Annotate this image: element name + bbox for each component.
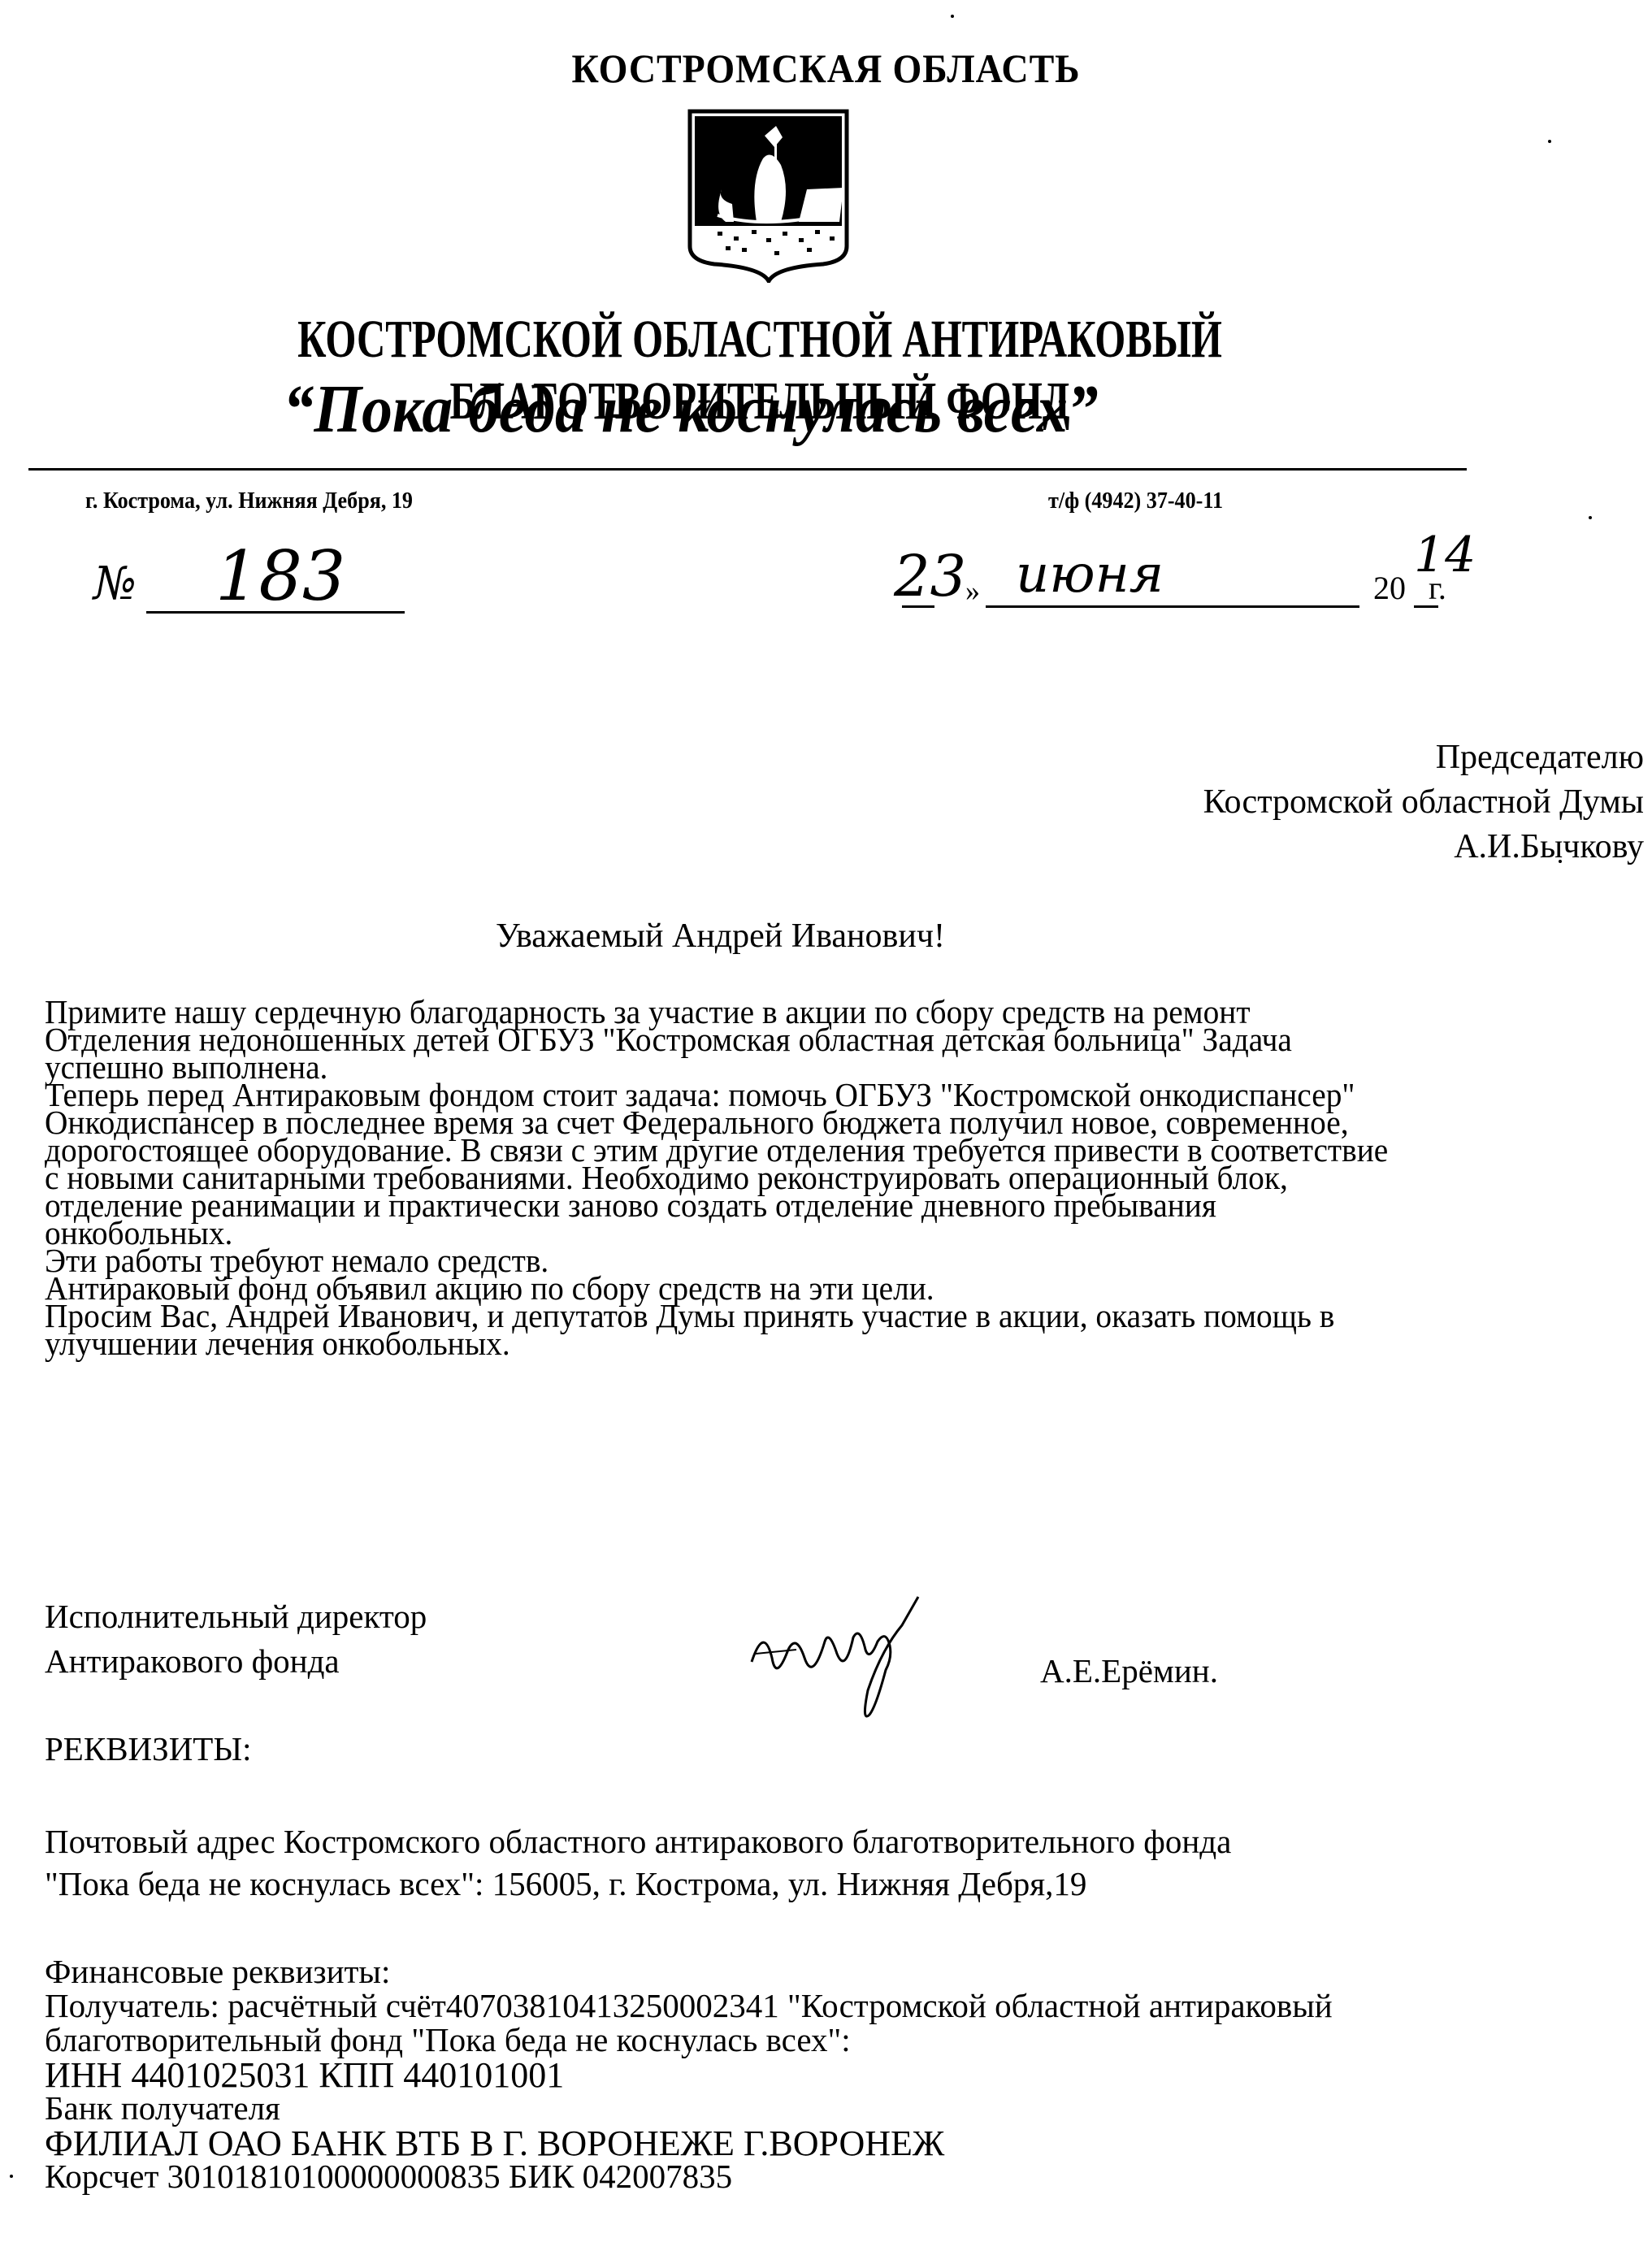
signer-title-line-1: Исполнительный директор — [45, 1594, 427, 1639]
coat-of-arms-icon — [685, 108, 852, 283]
letter-body: Примите нашу сердечную благодарность за … — [45, 998, 1652, 1357]
number-underline — [146, 611, 405, 614]
financial-requisites: Финансовые реквизиты: Получатель: расчёт… — [45, 1952, 1333, 2191]
scan-speck — [10, 2175, 13, 2178]
body-line: отделение реанимации и практически занов… — [45, 1191, 1589, 1219]
postal-address: Почтовый адрес Костромского областного а… — [45, 1820, 1231, 1905]
fund-motto: “Пока беда не коснулась всех” — [69, 370, 1312, 449]
recipient-line-2: благотворительный фонд "Пока беда не кос… — [45, 2020, 1333, 2054]
postal-line-1: Почтовый адрес Костромского областного а… — [45, 1820, 1231, 1863]
handwritten-signature-icon — [748, 1593, 1016, 1723]
letter-number: 183 — [215, 536, 345, 616]
bank-name: ФИЛИАЛ ОАО БАНК ВТБ В Г. ВОРОНЕЖЕ Г.ВОРО… — [45, 2123, 1333, 2157]
header-divider — [28, 468, 1467, 471]
corr-account: Корсчет 30101810100000000835 БИК 0420078… — [45, 2157, 1333, 2191]
signer-name: А.Е.Ерёмин. — [1040, 1651, 1218, 1690]
postal-line-2: "Пока беда не коснулась всех": 156005, г… — [45, 1863, 1231, 1905]
addressee-line-2: Костромской областной Думы — [1203, 780, 1644, 825]
number-label: № — [93, 557, 137, 610]
date-month-underline — [986, 605, 1359, 608]
fund-address: г. Кострома, ул. Нижняя Дебря, 19 — [85, 488, 413, 514]
date-year-abbr: г. — [1429, 569, 1446, 607]
signer-title-line-2: Антиракового фонда — [45, 1639, 427, 1684]
salutation: Уважаемый Андрей Иванович! — [496, 917, 945, 956]
fund-phone: т/ф (4942) 37-40-11 — [1048, 488, 1223, 514]
date-close-quote: » — [965, 574, 980, 608]
scan-speck — [1559, 860, 1562, 863]
financial-heading: Финансовые реквизиты: — [45, 1952, 1333, 1986]
body-line: улучшении лечения онкобольных. — [45, 1329, 1589, 1357]
signer-title: Исполнительный директор Антиракового фон… — [45, 1594, 427, 1684]
addressee-line-1: Председателю — [1203, 735, 1644, 780]
date-day: 23 — [894, 543, 966, 609]
addressee-line-3: А.И.Бычкову — [1203, 825, 1644, 870]
requisites-heading: РЕКВИЗИТЫ: — [45, 1729, 252, 1768]
scan-speck — [1548, 140, 1551, 143]
inn-kpp: ИНН 4401025031 КПП 440101001 — [45, 2054, 1333, 2088]
addressee-block: Председателю Костромской областной Думы … — [1203, 735, 1644, 870]
date-year-prefix: 20 — [1373, 569, 1406, 607]
date-day-underline — [902, 605, 934, 608]
scan-speck — [951, 15, 954, 18]
scan-speck — [1589, 516, 1592, 519]
region-heading: КОСТРОМСКАЯ ОБЛАСТЬ — [66, 45, 1585, 92]
recipient-line-1: Получатель: расчётный счёт40703810413250… — [45, 1986, 1333, 2020]
date-month: июня — [1016, 544, 1164, 605]
bank-label: Банк получателя — [45, 2088, 1333, 2123]
